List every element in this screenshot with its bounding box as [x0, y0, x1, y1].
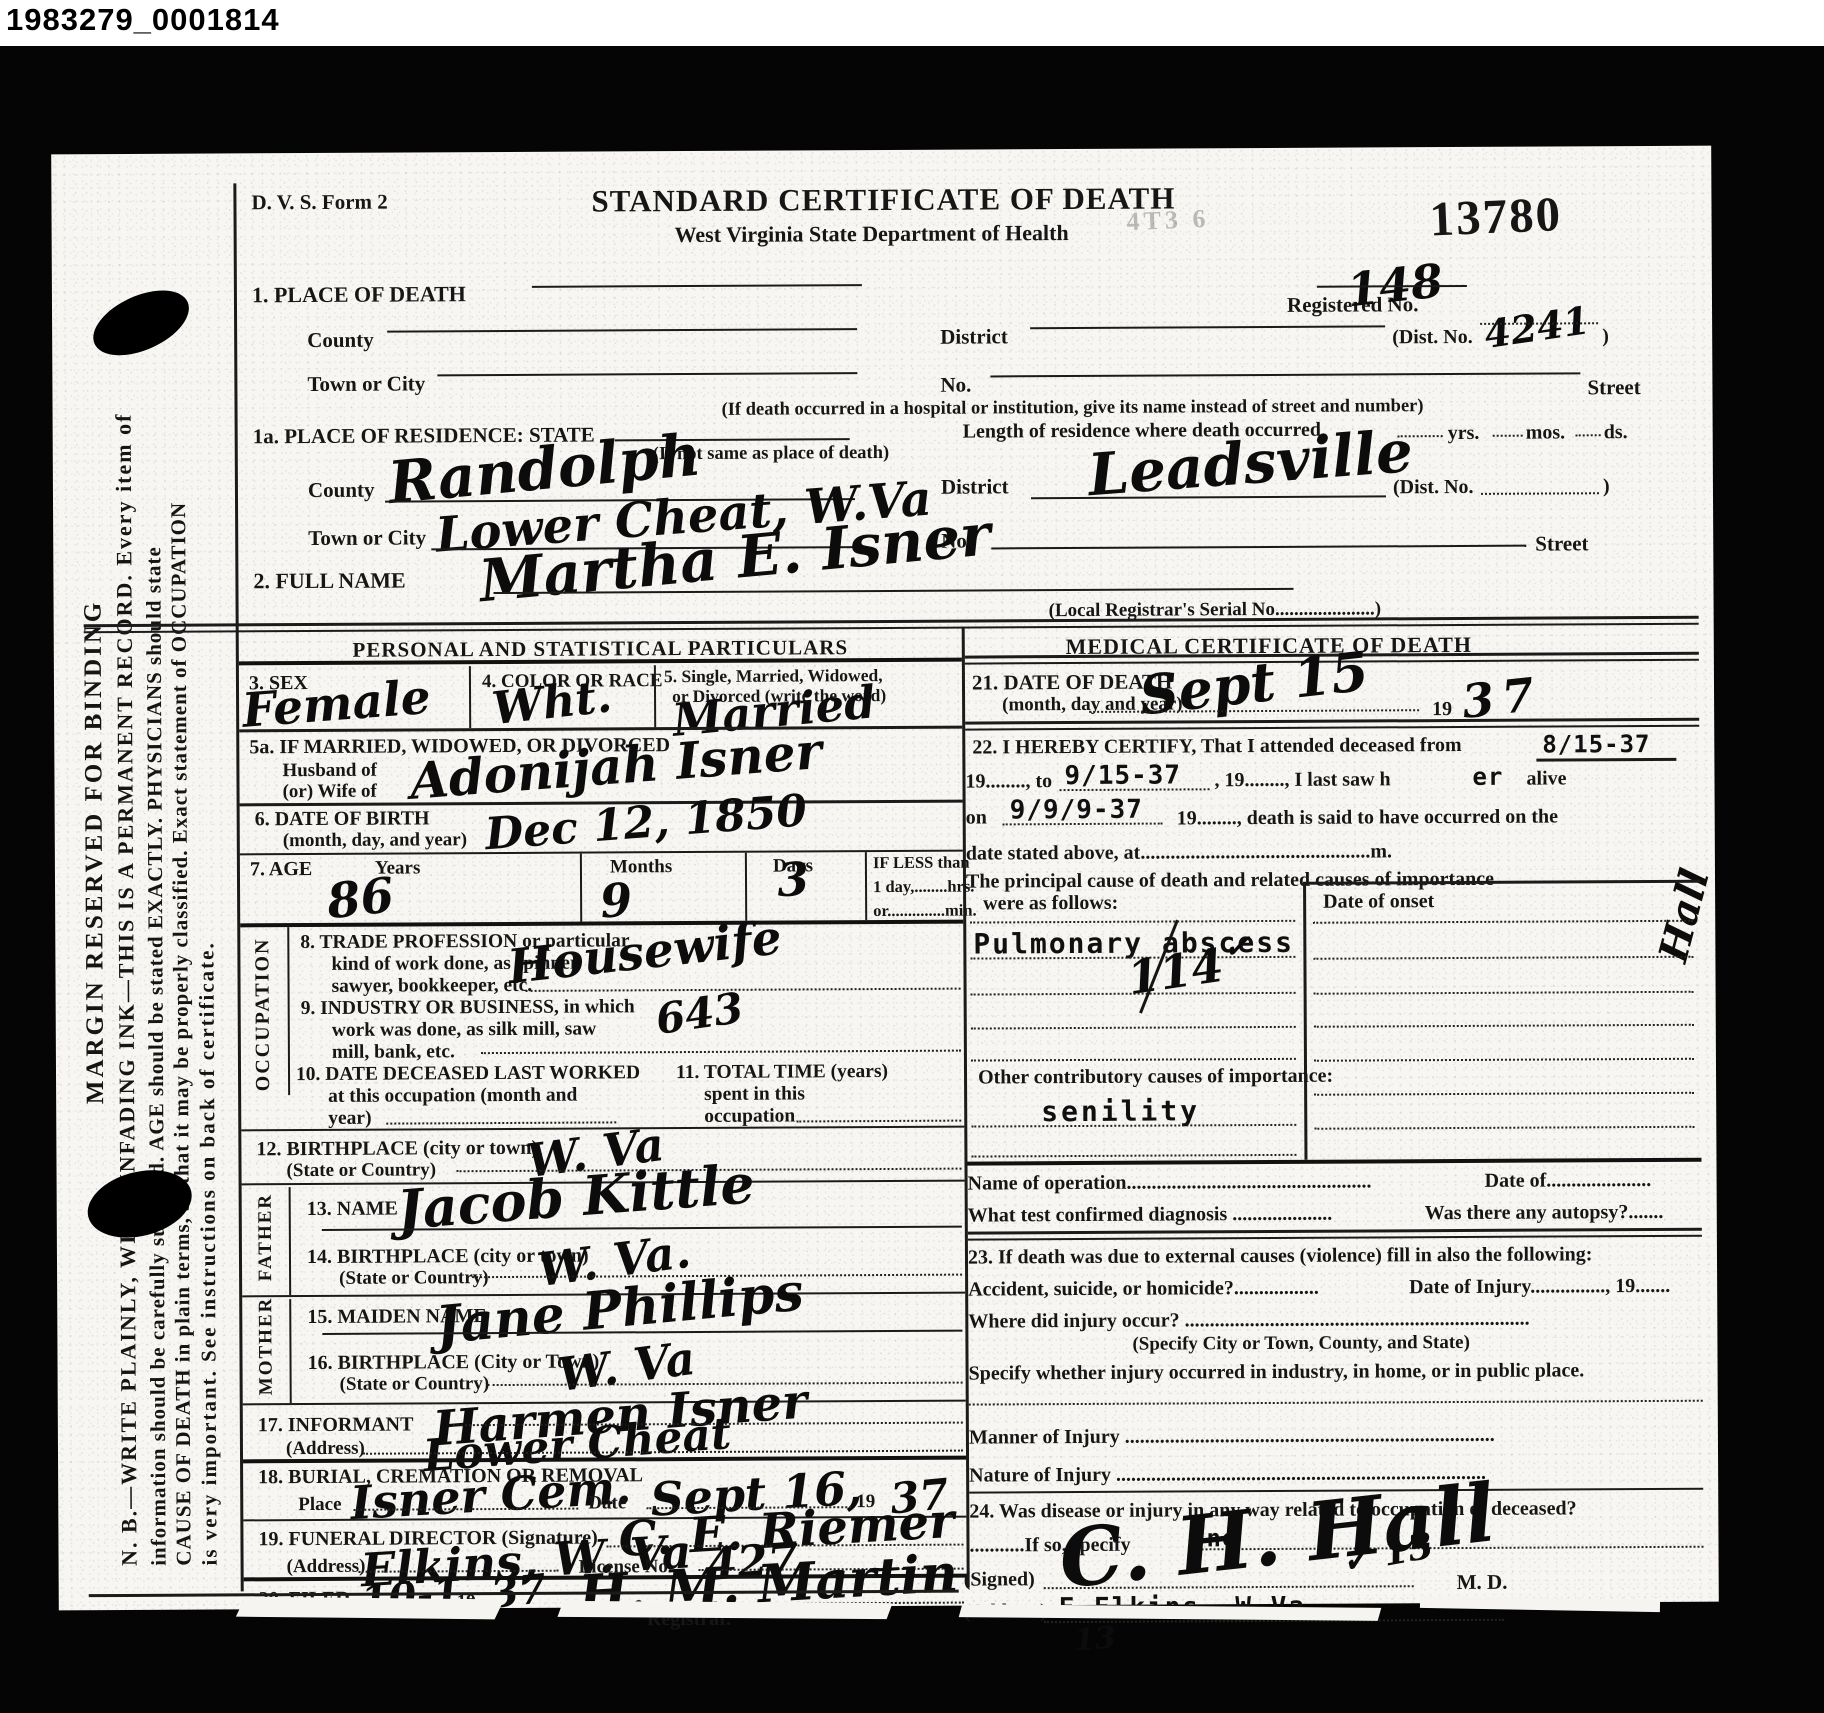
faded-stamp: 4T3 6: [1126, 205, 1210, 236]
industry-label-1: 9. INDUSTRY OR BUSINESS, in which: [301, 997, 635, 1019]
pod-distno-close: ): [1602, 326, 1609, 347]
total-time-label-1: 11. TOTAL TIME (years): [676, 1062, 888, 1084]
principal-cause-label-2: were as follows:: [983, 893, 1118, 915]
form-line: [654, 665, 656, 727]
margin-nb-line3: CAUSE OF DEATH in plain terms, so that i…: [166, 502, 197, 1566]
certify-to-label: 19........, to: [965, 771, 1052, 792]
form-line: [971, 1058, 1296, 1062]
form-line: [1314, 1126, 1694, 1130]
age-years-value: 86: [325, 871, 397, 926]
form-line: [386, 1121, 616, 1124]
form-line: [1003, 823, 1163, 826]
mos-label: mos.: [1526, 422, 1566, 443]
certificate-title: STANDARD CERTIFICATE OF DEATH: [591, 183, 1151, 218]
trade-value: Housewife: [506, 914, 784, 991]
pod-county-label: County: [307, 329, 374, 351]
cause-code-value: 114: [1125, 942, 1227, 1001]
pod-distno-value: 4241: [1482, 301, 1592, 354]
if-less-label-3: or..............min.: [873, 902, 977, 920]
form-line: [1060, 788, 1210, 791]
yrs-label: yrs.: [1448, 423, 1480, 444]
contributory-value: senility: [1041, 1094, 1200, 1128]
date-stated-label: date stated above, at...................…: [966, 841, 1392, 864]
occurred-label: 19........, death is said to have occurr…: [1177, 806, 1558, 829]
pod-district-label: District: [940, 325, 1008, 347]
form-line: [469, 666, 471, 728]
informant-address-label: (Address): [286, 1439, 365, 1459]
onset-header: Date of onset: [1323, 891, 1434, 913]
total-time-label-2: spent in this: [704, 1084, 805, 1105]
director-address-label: (Address): [287, 1557, 366, 1577]
husband-of-label: Husband of: [282, 761, 377, 781]
test-label: What test confirmed diagnosis ..........…: [968, 1204, 1333, 1227]
last-worked-label-2: at this occupation (month and: [328, 1086, 577, 1108]
form-line: [970, 920, 1295, 924]
margin-nb-line4: is very important. See instructions on b…: [194, 941, 222, 1565]
signed-label: (Signed): [964, 1569, 1035, 1590]
trade-label-3: sawyer, bookkeeper, etc.: [332, 976, 533, 998]
certify-label: 22. I HEREBY CERTIFY, That I attended de…: [972, 735, 1461, 759]
margin-binding-note: MARGIN RESERVED FOR BINDING: [80, 600, 111, 1105]
age-label: 7. AGE: [250, 859, 312, 880]
industry-label-2: work was done, as silk mill, saw: [332, 1020, 596, 1042]
burial-date-label: Date: [588, 1493, 626, 1513]
form-line: [965, 718, 1699, 725]
certificate-number: 13780: [1429, 188, 1563, 245]
form-line: [580, 854, 582, 922]
form-line: [1313, 956, 1693, 960]
where-injury-label: Where did injury occur? ................…: [968, 1309, 1529, 1333]
injury-date-label: Date of Injury..............., 19.......: [1409, 1276, 1670, 1298]
form-line: [971, 1154, 1296, 1158]
dob-label: 6. DATE OF BIRTH: [255, 808, 430, 830]
form-line: [1493, 435, 1523, 437]
form-line: [968, 1235, 1702, 1241]
full-name-label: 2. FULL NAME: [253, 569, 405, 593]
form-line: [289, 1299, 292, 1403]
form-line: [1314, 991, 1694, 995]
bottom-handwritten-mark: 13: [1073, 1623, 1117, 1656]
mother-birthplace-sub: (State or Country): [340, 1374, 490, 1395]
form-line: [1576, 434, 1601, 436]
form-line: [1317, 285, 1467, 288]
manner-of-injury-label: Manner of Injury .......................…: [969, 1425, 1495, 1449]
certificate-paper: MARGIN RESERVED FOR BINDING N. B.—WRITE …: [51, 146, 1719, 1611]
total-time-label-3: occupation: [704, 1106, 795, 1127]
accident-label: Accident, suicide, or homicide?.........…: [968, 1278, 1319, 1301]
form-line: [287, 927, 290, 1095]
form-line: [481, 1050, 961, 1055]
wife-of-label: (or) Wife of: [282, 782, 376, 802]
ds-label: ds.: [1604, 422, 1628, 443]
last-saw-date-value: 9/9/9-37: [1010, 795, 1143, 826]
age-months-value: 9: [598, 876, 633, 924]
birthplace-label: 12. BIRTHPLACE (city or town): [256, 1138, 538, 1160]
res-distno-close: ): [1603, 476, 1610, 497]
autopsy-label: Was there any autopsy?.......: [1425, 1202, 1664, 1224]
last-worked-label-3: year): [328, 1109, 371, 1130]
res-distno-label: (Dist. No.: [1393, 477, 1474, 498]
dob-sub-label: (month, day, and year): [283, 830, 467, 851]
pod-distno-label: (Dist. No.: [1392, 327, 1473, 348]
pod-street-label: Street: [1587, 376, 1640, 398]
external-causes-label: 23. If death was due to external causes …: [968, 1244, 1593, 1268]
where-injury-note: (Specify City or Town, County, and State…: [1132, 1333, 1470, 1355]
paper-edge-sliver: [557, 1601, 892, 1619]
if-less-label-2: 1 day,........hrs.: [873, 878, 974, 896]
form-line: [1314, 1092, 1694, 1096]
alive-label: alive: [1526, 768, 1566, 789]
res-town-label: Town or City: [308, 526, 426, 549]
industry-injury-note: Specify whether injury occurred in indus…: [969, 1360, 1585, 1384]
mother-side-label: MOTHER: [255, 1297, 278, 1396]
contributory-label: Other contributory causes of importance:: [978, 1066, 1333, 1089]
form-line: [387, 328, 857, 332]
scan-header-strip: 1983279_0001814: [0, 0, 1824, 46]
form-line: [971, 1026, 1296, 1030]
res-street-label: Street: [1535, 532, 1588, 554]
form-line: [526, 988, 961, 992]
form-line: [865, 852, 867, 920]
form-number: D. V. S. Form 2: [251, 191, 387, 214]
form-line: [969, 1400, 1703, 1406]
hospital-note: (If death occurred in a hospital or inst…: [687, 397, 1457, 420]
form-line: [532, 284, 862, 288]
pod-town-label: Town or City: [307, 372, 425, 395]
last-worked-label-1: 10. DATE DECEASED LAST WORKED: [296, 1063, 640, 1085]
form-line: [991, 545, 1526, 550]
informant-label: 17. INFORMANT: [258, 1414, 414, 1436]
father-name-value: Jacob Kittle: [395, 1156, 756, 1237]
industry-value: 643: [653, 987, 746, 1041]
operation-date-label: Date of.....................: [1485, 1170, 1652, 1192]
pronoun-value: er: [1472, 763, 1503, 791]
occupation-side-label: OCCUPATION: [251, 937, 275, 1091]
form-line: [1536, 758, 1676, 762]
place-of-death-label: 1. PLACE OF DEATH: [252, 282, 466, 306]
certificate-subtitle: West Virginia State Department of Health: [592, 221, 1152, 247]
sex-value: Female: [241, 674, 433, 735]
res-county-label: County: [308, 479, 375, 501]
form-line: [289, 1187, 292, 1295]
form-border-line: [233, 183, 243, 1591]
md-label: M. D.: [1457, 1571, 1508, 1593]
on-label: on: [966, 807, 987, 828]
father-name-label: 13. NAME: [307, 1199, 398, 1220]
form-line: [1030, 325, 1385, 329]
age-days-value: 3: [776, 856, 811, 904]
res-district-label: District: [941, 475, 1009, 497]
father-side-label: FATHER: [255, 1193, 277, 1281]
if-less-label-1: IF LESS than: [873, 854, 970, 872]
attended-to-value: 9/15-37: [1064, 760, 1181, 791]
form-line: [745, 853, 747, 921]
form-line: [796, 1120, 961, 1123]
race-value: Wht.: [490, 673, 614, 731]
form-line: [1481, 492, 1599, 495]
paper-edge-sliver: [236, 1597, 504, 1620]
operation-label: Name of operation.......................…: [968, 1171, 1372, 1194]
dod-year-value: 37: [1460, 671, 1545, 726]
father-birthplace-sub: (State or Country): [339, 1268, 489, 1289]
attended-from-value: 8/15-37: [1542, 730, 1650, 759]
last-saw-label: , 19........, I last saw h: [1214, 769, 1390, 791]
scan-id-label: 1983279_0001814: [6, 2, 280, 38]
form-line: [967, 1158, 1701, 1166]
dod-year-prefix: 19: [1432, 699, 1452, 720]
form-line: [1314, 1024, 1694, 1028]
form-line: [990, 372, 1580, 377]
onset-box-line: [1303, 884, 1307, 1160]
industry-label-3: mill, bank, etc.: [332, 1042, 455, 1063]
form-line: [1314, 1058, 1694, 1062]
form-line: [1313, 920, 1693, 924]
form-line: [437, 372, 857, 376]
form-line: [968, 1228, 1702, 1235]
burial-place-label: Place: [298, 1495, 341, 1515]
pod-no-label: No.: [940, 374, 971, 396]
margin-nb-line1: N. B.—WRITE PLAINLY, WITH UNFADING INK—T…: [111, 413, 143, 1566]
ink-blot: [83, 277, 198, 368]
scanned-death-certificate: 1983279_0001814 MARGIN RESERVED FOR BIND…: [0, 0, 1824, 1713]
